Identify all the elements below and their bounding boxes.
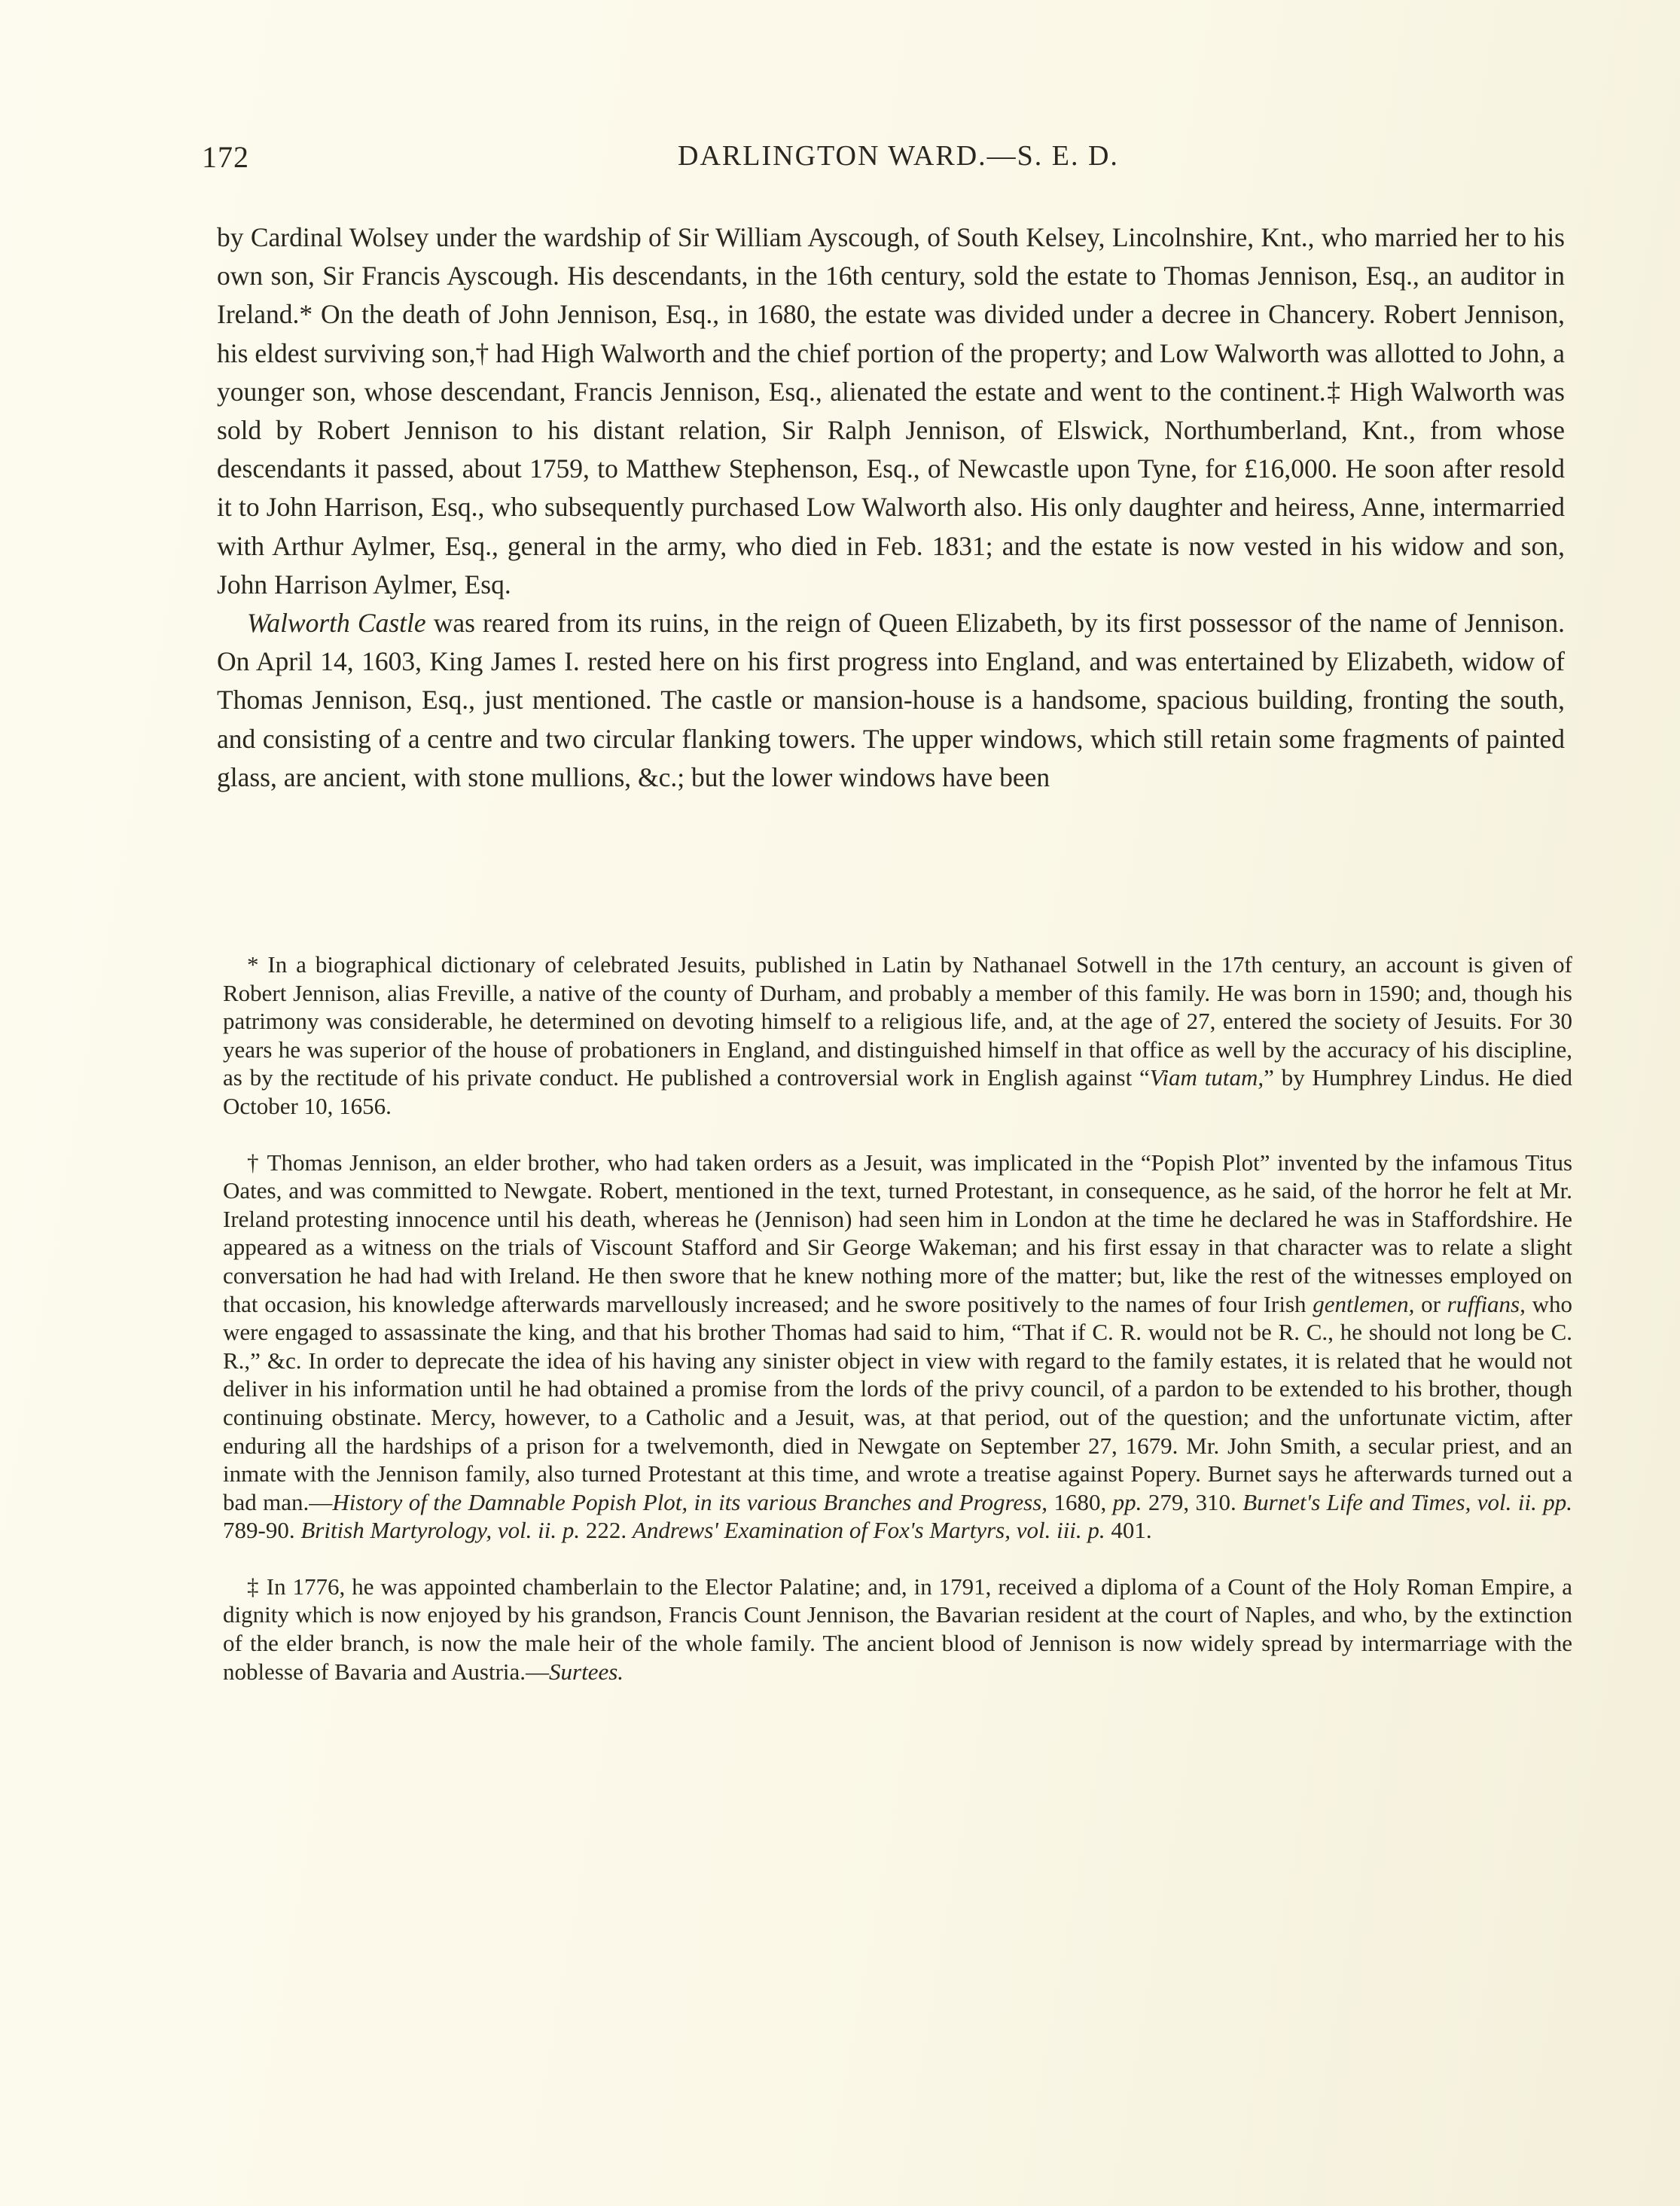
footnote-text: 401. bbox=[1105, 1517, 1152, 1543]
main-text: by Cardinal Wolsey under the wardship of… bbox=[217, 218, 1565, 797]
footnotes: * In a biographical dictionary of celebr… bbox=[223, 950, 1572, 1713]
footnote-asterisk: * In a biographical dictionary of celebr… bbox=[223, 950, 1572, 1121]
running-head: 172 DARLINGTON WARD.—S. E. D. bbox=[202, 139, 1565, 185]
footnote-marker: ‡ bbox=[247, 1573, 260, 1600]
footnote-italic: Burnet's Life and Times, vol. ii. pp. bbox=[1242, 1489, 1572, 1515]
footnote-text: or bbox=[1414, 1291, 1447, 1317]
footnote-text: 1680, bbox=[1047, 1489, 1113, 1515]
footnote-dagger: † Thomas Jennison, an elder brother, who… bbox=[223, 1149, 1572, 1545]
footnote-text: In 1776, he was appointed chamberlain to… bbox=[223, 1573, 1572, 1685]
footnote-italic: Andrews' Examination of Fox's Martyrs, v… bbox=[633, 1517, 1105, 1543]
footnote-italic: British Martyrology, vol. ii. p. bbox=[300, 1517, 580, 1543]
footnote-text: who were engaged to assassinate the king… bbox=[223, 1291, 1572, 1515]
footnote-text: 279, 310. bbox=[1142, 1489, 1242, 1515]
footnote-marker: † bbox=[247, 1149, 260, 1176]
footnote-text: 789-90. bbox=[223, 1517, 300, 1543]
body-paragraph-2: Walworth Castle was reared from its ruin… bbox=[217, 604, 1565, 797]
footnote-italic: pp. bbox=[1113, 1489, 1142, 1515]
footnote-text: 222. bbox=[580, 1517, 633, 1543]
footnote-italic: Viam tutam, bbox=[1150, 1064, 1264, 1091]
footnote-marker: * bbox=[247, 951, 259, 978]
book-page: 172 DARLINGTON WARD.—S. E. D. by Cardina… bbox=[0, 0, 1680, 2206]
footnote-italic: History of the Damnable Popish Plot, in … bbox=[332, 1489, 1047, 1515]
footnote-italic: Surtees. bbox=[549, 1658, 624, 1685]
footnote-italic: gentlemen, bbox=[1313, 1291, 1414, 1317]
footnote-italic: ruffians, bbox=[1447, 1291, 1526, 1317]
italic-lead: Walworth Castle bbox=[247, 608, 426, 638]
running-title: DARLINGTON WARD.—S. E. D. bbox=[202, 139, 1565, 172]
footnote-double-dagger: ‡ In 1776, he was appointed chamberlain … bbox=[223, 1573, 1572, 1686]
body-paragraph-1: by Cardinal Wolsey under the wardship of… bbox=[217, 218, 1565, 604]
